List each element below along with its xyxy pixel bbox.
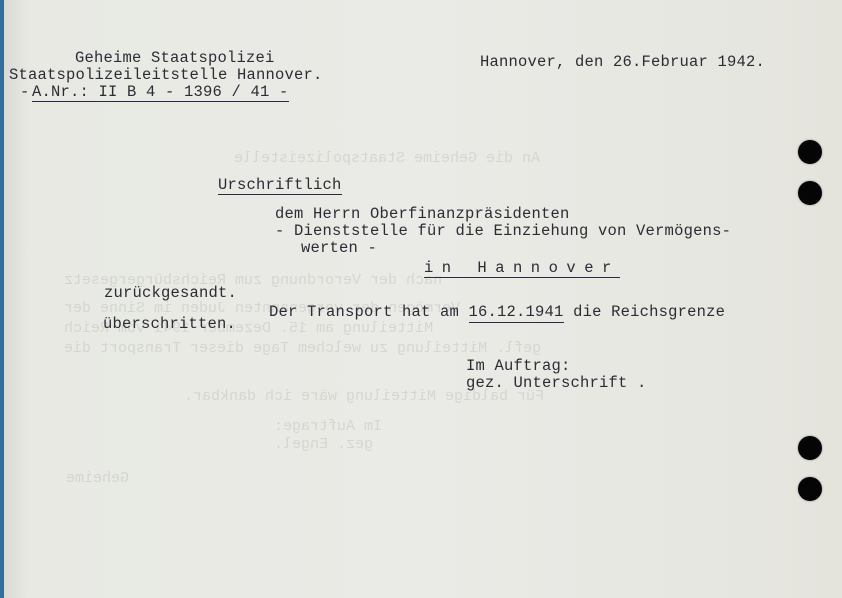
signature-line-2: gez. Unterschrift . <box>466 375 647 391</box>
authority-line-2: Staatspolizeileitstelle Hannover. <box>9 67 323 83</box>
recipient-city: in Hannover <box>424 260 620 278</box>
heading-urschriftlich: Urschriftlich <box>218 177 342 195</box>
signature-line-1: Im Auftrag: <box>466 358 571 374</box>
transport-date: 16.12.1941 <box>469 303 564 323</box>
document-page: An die Geheime Staatspolizeistelle nach … <box>4 0 842 598</box>
recipient-line-3: werten - <box>301 240 377 256</box>
punch-hole <box>798 436 822 460</box>
recipient-line-1: dem Herrn Oberfinanzpräsidenten <box>275 206 570 222</box>
bleed-through-text: gez. Engel. <box>274 436 373 453</box>
punch-hole <box>798 477 822 501</box>
punch-hole <box>798 140 822 164</box>
crossed-text: überschritten. <box>103 316 236 332</box>
reference-prefix: - <box>20 84 30 100</box>
bleed-through-text: An die Geheime Staatspolizeistelle <box>234 150 540 167</box>
place-date: Hannover, den 26.Februar 1942. <box>480 54 765 70</box>
reference-number: A.Nr.: II B 4 - 1396 / 41 - <box>32 84 289 102</box>
transport-before: Der Transport hat am <box>269 303 469 321</box>
punch-hole <box>798 181 822 205</box>
authority-line-1: Geheime Staatspolizei <box>75 50 275 66</box>
bleed-through-text: Geheime <box>66 470 129 487</box>
returned-text: zurückgesandt. <box>104 285 237 301</box>
transport-text: Der Transport hat am 16.12.1941 die Reic… <box>269 304 725 320</box>
bleed-through-text: gefl. Mitteilung zu welchem Tage dieser … <box>64 340 541 357</box>
recipient-line-2: - Dienststelle für die Einziehung von Ve… <box>275 223 731 239</box>
bleed-through-text: Im Auftrage: <box>274 418 382 435</box>
transport-after: die Reichsgrenze <box>564 303 726 321</box>
